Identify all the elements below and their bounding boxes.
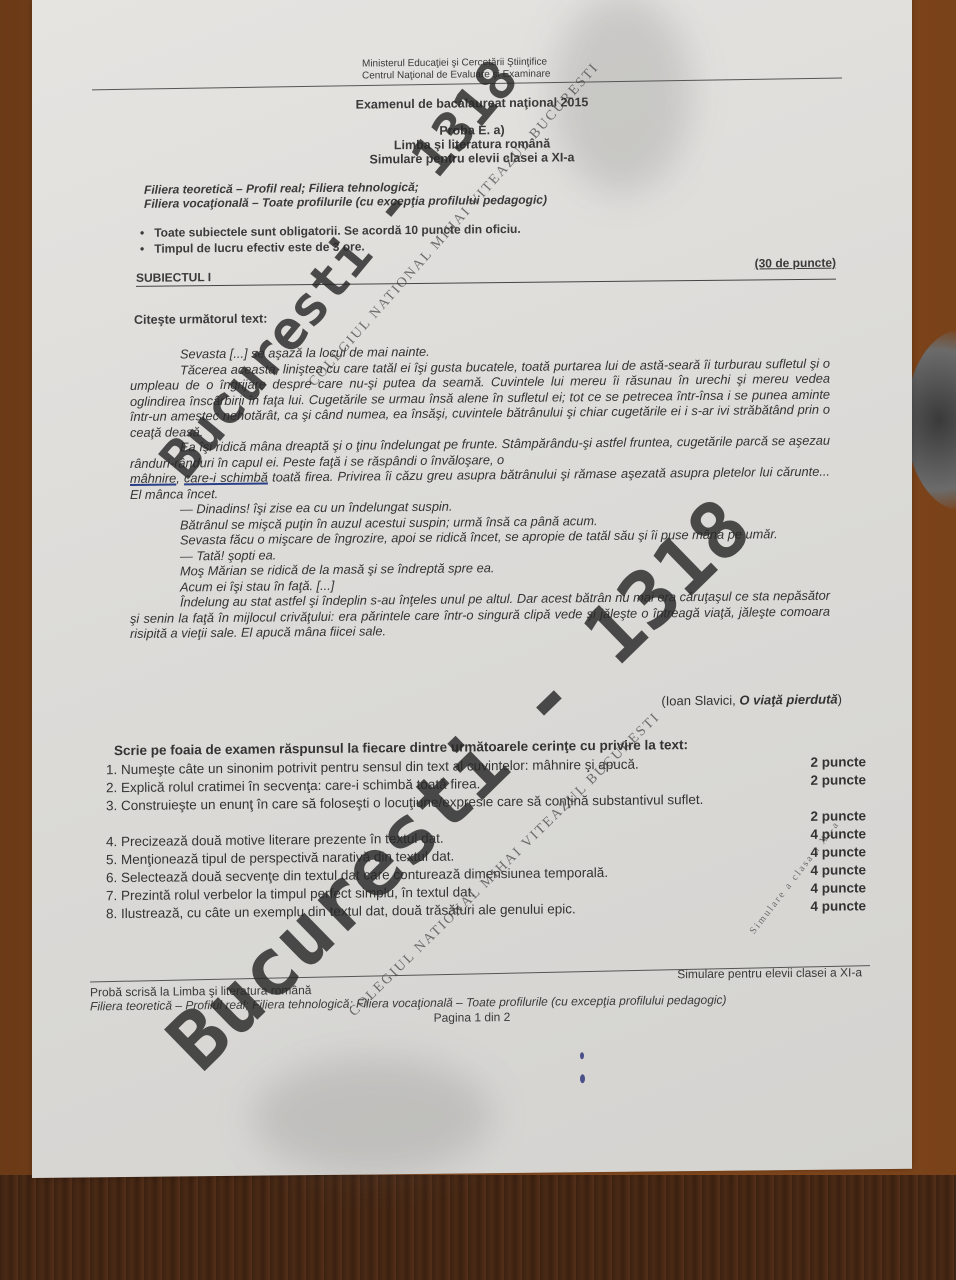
tasks-heading: Scrie pe foaia de examen răspunsul la fi…: [114, 737, 688, 758]
section-prompt: Citeşte următorul text:: [134, 312, 267, 327]
ink-spot: [580, 1052, 584, 1059]
passage-paragraph: Îndelung au stat astfel şi îndeplin s-au…: [130, 588, 830, 642]
passage-source: (Ioan Slavici, O viaţă pierdută): [661, 692, 842, 709]
section-title: SUBIECTUL I: [136, 270, 211, 285]
bowl-edge: [906, 330, 956, 510]
underlined-word: mâhnire: [130, 470, 176, 485]
author-name: (Ioan Slavici,: [661, 693, 739, 709]
task-points: 4 puncte: [810, 879, 866, 898]
ink-spot: [580, 1074, 585, 1083]
source-close: ): [838, 692, 842, 707]
task-points: 2 puncte: [810, 771, 866, 790]
task-points: 4 puncte: [810, 897, 866, 916]
footer-simulation: Simulare pentru elevii clasei a XI-a: [677, 965, 862, 981]
exam-paper: Ministerul Educaţiei şi Cercetării Ştiin…: [32, 0, 912, 1178]
task-points: 4 puncte: [810, 861, 866, 880]
task-points: 2 puncte: [810, 753, 866, 772]
document-content: Ministerul Educaţiei şi Cercetării Ştiin…: [32, 0, 912, 1178]
section-points: (30 de puncte): [755, 256, 836, 271]
work-title: O viaţă pierdută: [739, 692, 837, 708]
section-header: SUBIECTUL I (30 de puncte): [136, 264, 836, 287]
desk-surface: [0, 1175, 956, 1280]
